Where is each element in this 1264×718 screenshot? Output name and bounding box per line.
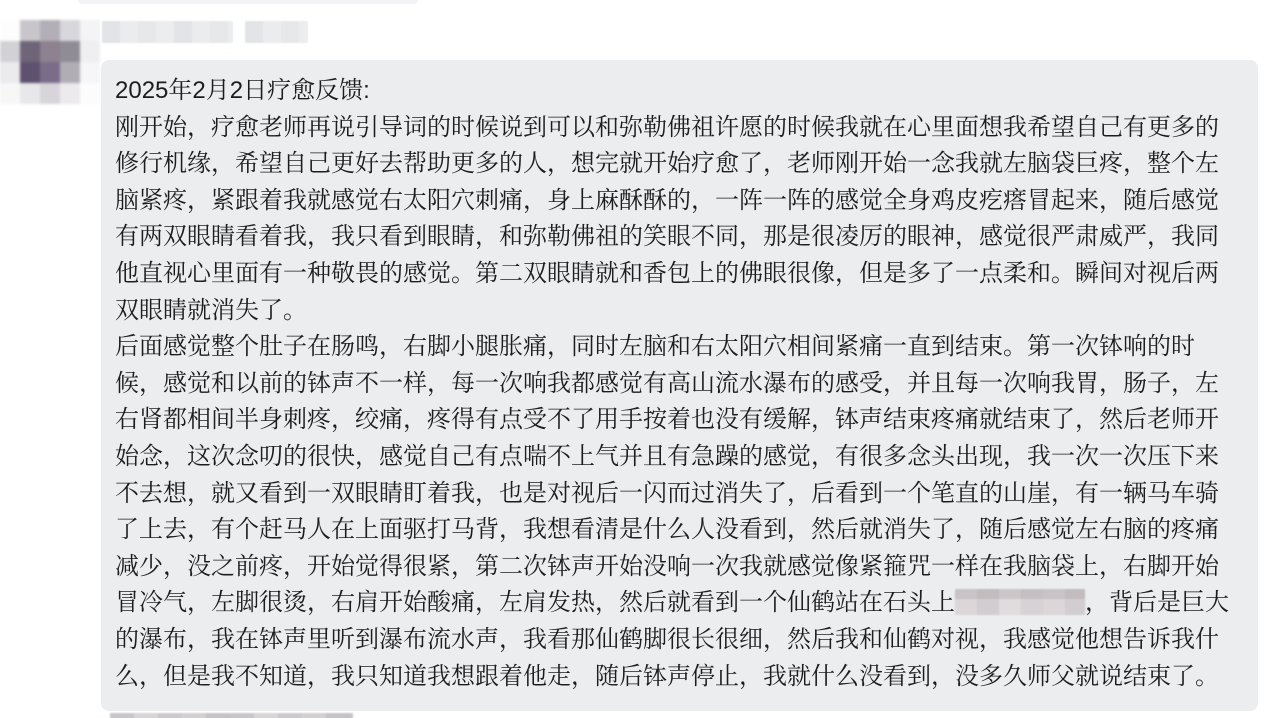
next-message-redacted-strip xyxy=(110,713,353,718)
avatar-pixel xyxy=(20,83,40,104)
avatar-pixel xyxy=(60,20,80,41)
avatar-pixel xyxy=(40,41,60,62)
avatar-pixel xyxy=(60,62,80,83)
avatar-pixel xyxy=(60,41,80,62)
message-bubble[interactable]: 2025年2月2日疗愈反馈: 刚开始，疗愈老师再说引导词的时候说到可以和弥勒佛祖… xyxy=(101,60,1258,711)
inline-redacted-text xyxy=(955,589,1085,615)
avatar-pixel xyxy=(80,20,100,41)
sender-name-redacted-segment-2 xyxy=(245,21,308,43)
message-title: 2025年2月2日疗愈反馈: xyxy=(115,77,370,104)
avatar-pixel xyxy=(40,62,60,83)
avatar-pixel xyxy=(20,20,40,41)
sender-name-redacted-segment-1 xyxy=(102,21,233,43)
avatar-pixel xyxy=(0,41,20,62)
avatar-pixel xyxy=(0,20,20,41)
avatar-pixel xyxy=(0,83,20,104)
avatar-pixel xyxy=(20,62,40,83)
message-text: 2025年2月2日疗愈反馈: 刚开始，疗愈老师再说引导词的时候说到可以和弥勒佛祖… xyxy=(115,73,1243,695)
avatar-pixel xyxy=(40,20,60,41)
avatar[interactable] xyxy=(0,20,100,104)
previous-bubble-edge xyxy=(78,0,418,4)
avatar-pixel xyxy=(0,62,20,83)
message-body-part1: 刚开始，疗愈老师再说引导词的时候说到可以和弥勒佛祖许愿的时候我就在心里面想我希望… xyxy=(115,114,1219,617)
avatar-pixel xyxy=(60,83,80,104)
avatar-pixel xyxy=(40,83,60,104)
avatar-pixel xyxy=(80,62,100,83)
avatar-pixel xyxy=(80,83,100,104)
avatar-pixel xyxy=(20,41,40,62)
avatar-pixel xyxy=(80,41,100,62)
